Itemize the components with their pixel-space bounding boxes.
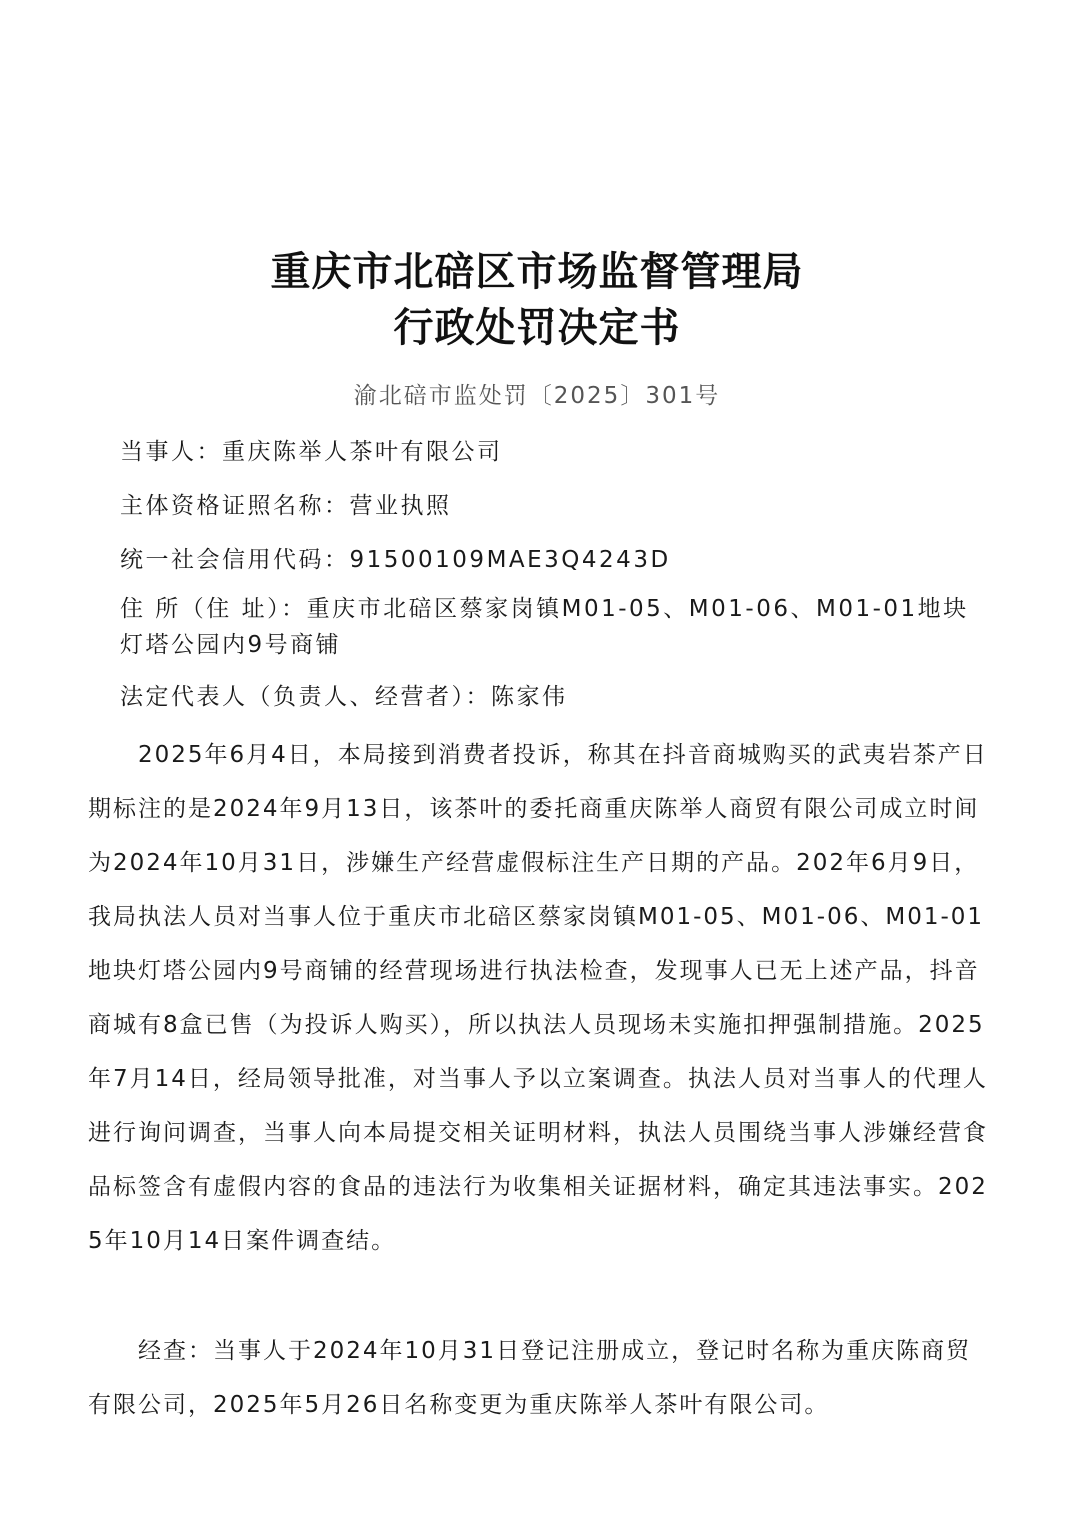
license-value: 营业执照: [350, 493, 452, 519]
license-label: 主体资格证照名称：: [120, 493, 350, 519]
case-background-paragraph: 2025年6月4日，本局接到消费者投诉，称其在抖音商城购买的武夷岩茶产日期标注的…: [88, 728, 988, 1268]
document-number: 渝北碚市监处罚〔2025〕301号: [0, 378, 1074, 414]
credit-code-value: 91500109MAE3Q4243D: [350, 547, 671, 573]
party-value: 重庆陈举人茶叶有限公司: [222, 439, 503, 465]
address-field: 住 所（住 址）：重庆市北碚区蔡家岗镇M01-05、M01-06、M01-01地…: [120, 591, 990, 663]
credit-code-label: 统一社会信用代码：: [120, 547, 350, 573]
license-field: 主体资格证照名称：营业执照: [120, 488, 990, 524]
document-type-title: 行政处罚决定书: [0, 302, 1074, 354]
issuing-authority-title: 重庆市北碚区市场监督管理局: [0, 246, 1074, 298]
party-label: 当事人：: [120, 439, 222, 465]
legal-representative-value: 陈家伟: [491, 684, 568, 710]
address-label: 住 所（住 址）：: [120, 596, 307, 622]
party-field: 当事人：重庆陈举人茶叶有限公司: [120, 434, 990, 470]
document-page: 重庆市北碚区市场监督管理局 行政处罚决定书 渝北碚市监处罚〔2025〕301号 …: [0, 0, 1074, 1520]
legal-representative-field: 法定代表人（负责人、经营者）：陈家伟: [120, 679, 990, 715]
legal-representative-label: 法定代表人（负责人、经营者）：: [120, 684, 491, 710]
credit-code-field: 统一社会信用代码：91500109MAE3Q4243D: [120, 542, 990, 578]
findings-paragraph: 经查：当事人于2024年10月31日登记注册成立，登记时名称为重庆陈商贸有限公司…: [88, 1324, 988, 1432]
